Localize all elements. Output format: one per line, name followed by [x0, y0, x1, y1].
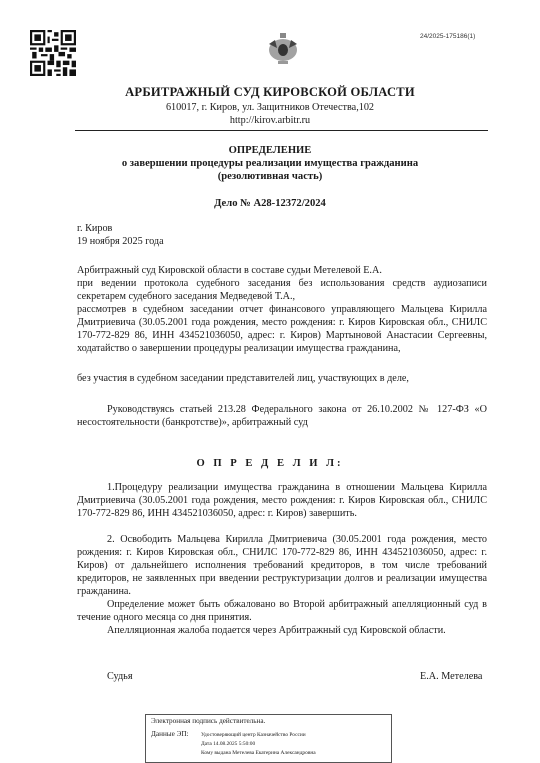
judge-label: Судья — [107, 671, 133, 682]
electronic-signature-stamp: Электронная подпись действительна. Данны… — [145, 714, 392, 763]
document-title: ОПРЕДЕЛЕНИЕ — [0, 145, 540, 156]
signature-data-label: Данные ЭП: — [151, 730, 189, 738]
decision-item-1: 1.Процедуру реализации имущества граждан… — [77, 481, 487, 520]
signature-issuer: Удостоверяющий центр Казначейство России — [201, 732, 306, 738]
judge-name: Е.А. Метелева — [420, 671, 482, 682]
intro-considered: рассмотрев в судебном заседании отчет фи… — [77, 303, 487, 355]
intro-legal-basis: Руководствуясь статьей 213.28 Федерально… — [77, 403, 487, 429]
city: г. Киров — [77, 222, 487, 235]
court-website-link[interactable]: http://kirov.arbitr.ru — [0, 115, 540, 126]
intro-court-composition: Арбитражный суд Кировской области в сост… — [77, 264, 487, 277]
coat-of-arms-icon — [265, 30, 301, 66]
appeal-info: Определение может быть обжаловано во Вто… — [77, 598, 487, 624]
appeal-procedure: Апелляционная жалоба подается через Арби… — [77, 624, 487, 637]
signature-date: Дата 14.08.2025 5:50:00 — [201, 741, 255, 747]
decision-item-2: 2. Освободить Мальцева Кирилла Дмитриеви… — [77, 533, 487, 598]
decided-heading: О П Р Е Д Е Л И Л: — [0, 458, 540, 469]
signature-status: Электронная подпись действительна. — [151, 717, 265, 725]
intro-protocol: при ведении протокола судебного заседани… — [77, 277, 487, 303]
header-divider — [75, 130, 488, 131]
document-number: 24/2025-175186(1) — [420, 33, 475, 40]
document-subtitle: о завершении процедуры реализации имущес… — [0, 158, 540, 169]
intro-participants: без участия в судебном заседании предста… — [77, 372, 487, 385]
document-subtitle-part: (резолютивная часть) — [0, 171, 540, 182]
court-name: АРБИТРАЖНЫЙ СУД КИРОВСКОЙ ОБЛАСТИ — [0, 85, 540, 100]
case-number: Дело № А28-12372/2024 — [0, 198, 540, 209]
signature-issued-to: Кому выдана Метелева Екатерина Александр… — [201, 750, 316, 756]
qr-code-icon — [30, 30, 76, 76]
date: 19 ноября 2025 года — [77, 235, 487, 248]
court-address: 610017, г. Киров, ул. Защитников Отечест… — [0, 102, 540, 113]
